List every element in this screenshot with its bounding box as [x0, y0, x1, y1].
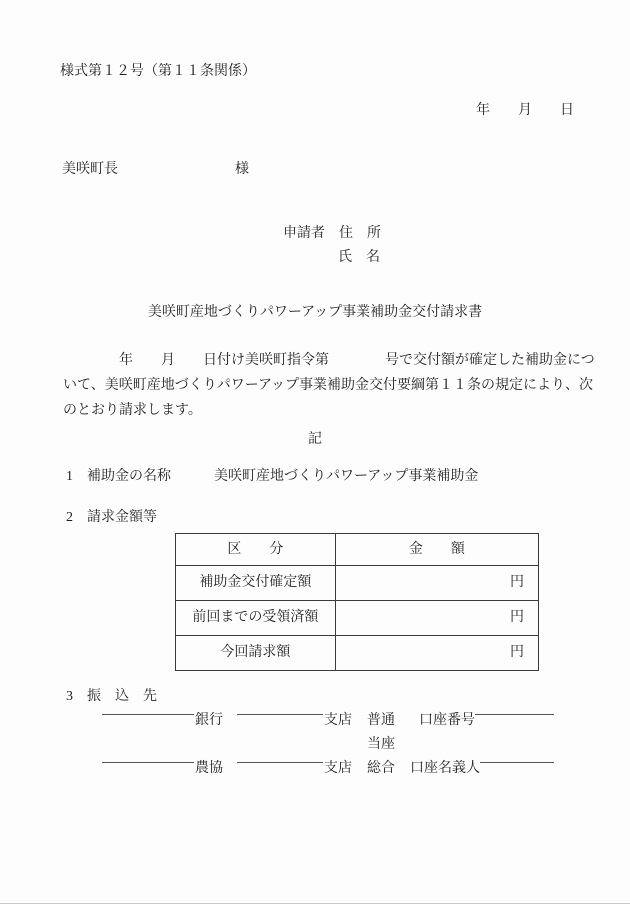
body-line-1: 年 月 日付け美咲町指令第 号で交付額が確定した補助金につ — [63, 348, 583, 373]
row-unit: 円 — [335, 566, 538, 601]
row-unit: 円 — [335, 636, 538, 671]
row-label: 補助金交付確定額 — [176, 566, 336, 601]
branch-name-blank — [237, 745, 323, 763]
account-type-futsu: 普通 — [367, 714, 395, 728]
bank-name-blank — [102, 697, 194, 715]
table-row: 今回請求額 円 — [176, 636, 539, 671]
date-line: 年 月 日 — [476, 104, 574, 118]
ki-marker: 記 — [0, 433, 630, 447]
bank-institution-label: 銀行 — [195, 714, 223, 728]
table-row: 補助金交付確定額 円 — [176, 566, 539, 601]
body-line-3: のとおり請求します。 — [63, 398, 583, 423]
item1-line: 1 補助金の名称美咲町産地づくりパワーアップ事業補助金 — [66, 470, 478, 484]
table-header-row: 区 分 金 額 — [176, 534, 539, 566]
item1-value: 美咲町産地づくりパワーアップ事業補助金 — [214, 469, 478, 484]
header-kubun: 区 分 — [176, 534, 336, 566]
addressee: 美咲町長 — [62, 163, 118, 177]
item2-label: 2 請求金額等 — [66, 511, 157, 525]
body-paragraph: 年 月 日付け美咲町指令第 号で交付額が確定した補助金につ いて、美咲町産地づく… — [63, 348, 583, 423]
bank-institution-label: 農協 — [195, 762, 223, 776]
applicant-address-line: 申請者 住 所 — [283, 227, 381, 241]
applicant-name-line: 氏 名 — [338, 251, 380, 265]
bank-name-blank — [102, 745, 194, 763]
form-number: 様式第１２号（第１１条関係） — [60, 65, 256, 79]
account-number-blank — [475, 697, 554, 715]
document-page: 様式第１２号（第１１条関係） 年 月 日 美咲町長 様 申請者 住 所 氏 名 … — [0, 0, 630, 904]
body-line-2: いて、美咲町産地づくりパワーアップ事業補助金交付要綱第１１条の規定により、次 — [63, 373, 583, 398]
account-holder-blank — [480, 745, 554, 763]
row-label: 前回までの受領済額 — [176, 601, 336, 636]
branch-name-blank — [237, 697, 323, 715]
document-title: 美咲町産地づくりパワーアップ事業補助金交付請求書 — [0, 306, 630, 320]
account-number-label: 口座番号 — [419, 714, 475, 728]
row-unit: 円 — [335, 601, 538, 636]
header-kingaku: 金 額 — [335, 534, 538, 566]
branch-label: 支店 — [324, 714, 352, 728]
table-row: 前回までの受領済額 円 — [176, 601, 539, 636]
account-holder-label: 口座名義人 — [410, 762, 480, 776]
item1-label: 1 補助金の名称 — [66, 469, 171, 484]
account-type-toza: 当座 — [367, 738, 395, 752]
row-label: 今回請求額 — [176, 636, 336, 671]
addressee-honorific: 様 — [235, 163, 249, 177]
amount-table: 区 分 金 額 補助金交付確定額 円 前回までの受領済額 円 今回請求額 円 — [175, 533, 539, 671]
account-type-sogo: 総合 — [367, 762, 395, 776]
branch-label: 支店 — [324, 762, 352, 776]
